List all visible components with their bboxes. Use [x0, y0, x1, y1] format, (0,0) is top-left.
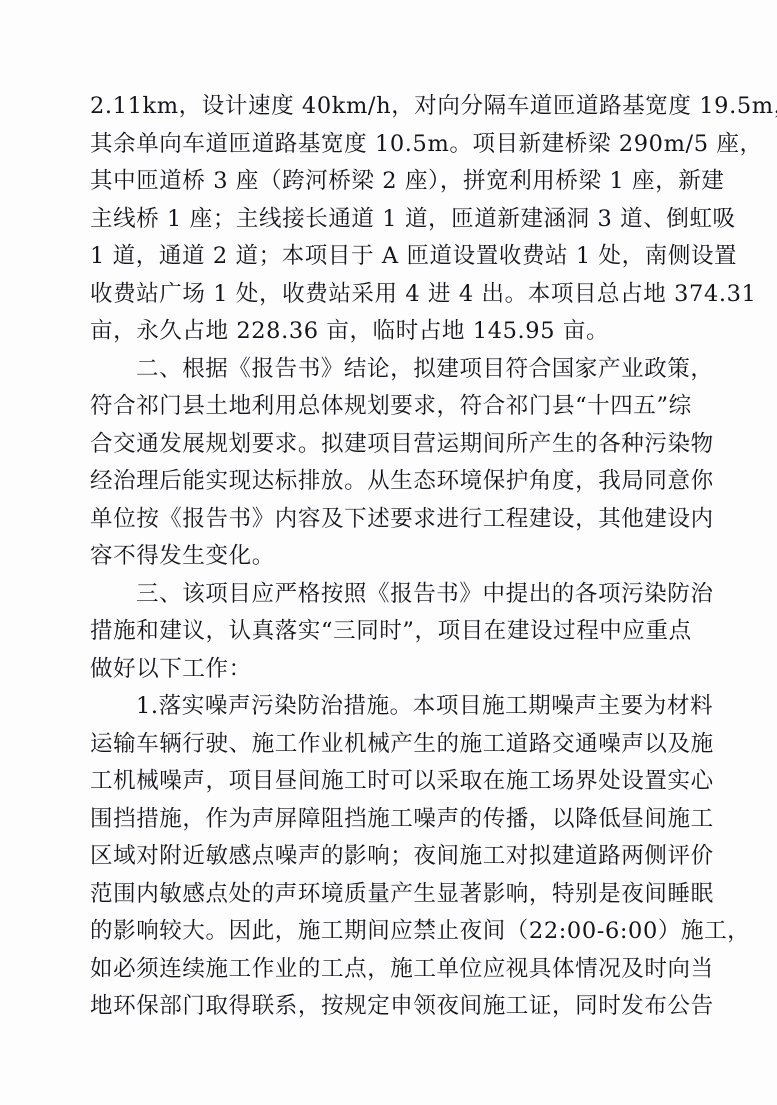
text-line: 如必须连续施工作业的工点，施工单位应视具体情况及时向当 — [90, 951, 690, 989]
text-line: 工机械噪声，项目昼间施工时可以采取在施工场界处设置实心 — [90, 763, 690, 801]
paragraph-project-overview: 2.11km，设计速度 40km/h，对向分隔车道匝道路基宽度 19.5m， 其… — [90, 88, 690, 351]
list-item-heading-line: 1.落实噪声污染防治措施。本项目施工期噪声主要为材料 — [90, 688, 690, 726]
text-line: 符合祁门县土地利用总体规划要求，符合祁门县“十四五”综 — [90, 388, 690, 426]
text-line: 的影响较大。因此，施工期间应禁止夜间（22:00-6:00）施工， — [90, 913, 690, 951]
text-line: 围挡措施，作为声屏障阻挡施工噪声的传播，以降低昼间施工 — [90, 801, 690, 839]
paragraph-section-3: 三、该项目应严格按照《报告书》中提出的各项污染防治 措施和建议，认真落实“三同时… — [90, 576, 690, 689]
text-line: 亩，永久占地 228.36 亩，临时占地 145.95 亩。 — [90, 313, 690, 351]
paragraph-item-1-noise: 1.落实噪声污染防治措施。本项目施工期噪声主要为材料 运输车辆行驶、施工作业机械… — [90, 688, 690, 1026]
text-line: 经治理后能实现达标排放。从生态环境保护角度，我局同意你 — [90, 463, 690, 501]
text-line: 合交通发展规划要求。拟建项目营运期间所产生的各种污染物 — [90, 426, 690, 464]
text-line: 地环保部门取得联系，按规定申领夜间施工证，同时发布公告 — [90, 988, 690, 1026]
text-line: 做好以下工作： — [90, 651, 690, 689]
section-heading-line: 三、该项目应严格按照《报告书》中提出的各项污染防治 — [90, 576, 690, 614]
text-line: 收费站广场 1 处，收费站采用 4 进 4 出。本项目总占地 374.31 — [90, 276, 690, 314]
text-line: 其中匝道桥 3 座（跨河桥梁 2 座），拼宽利用桥梁 1 座，新建 — [90, 163, 690, 201]
text-line: 容不得发生变化。 — [90, 538, 690, 576]
text-line: 措施和建议，认真落实“三同时”，项目在建设过程中应重点 — [90, 613, 690, 651]
section-heading-line: 二、根据《报告书》结论，拟建项目符合国家产业政策， — [90, 351, 690, 389]
text-line: 范围内敏感点处的声环境质量产生显著影响，特别是夜间睡眠 — [90, 876, 690, 914]
document-page: 2.11km，设计速度 40km/h，对向分隔车道匝道路基宽度 19.5m， 其… — [0, 0, 777, 1105]
text-line: 1 道，通道 2 道；本项目于 A 匝道设置收费站 1 处，南侧设置 — [90, 238, 690, 276]
text-line: 其余单向车道匝道路基宽度 10.5m。项目新建桥梁 290m/5 座， — [90, 126, 690, 164]
text-line: 单位按《报告书》内容及下述要求进行工程建设，其他建设内 — [90, 501, 690, 539]
text-line: 区域对附近敏感点噪声的影响；夜间施工对拟建道路两侧评价 — [90, 838, 690, 876]
text-line: 运输车辆行驶、施工作业机械产生的施工道路交通噪声以及施 — [90, 726, 690, 764]
text-line: 2.11km，设计速度 40km/h，对向分隔车道匝道路基宽度 19.5m， — [90, 88, 690, 126]
text-line: 主线桥 1 座；主线接长通道 1 道，匝道新建涵洞 3 道、倒虹吸 — [90, 201, 690, 239]
document-body: 2.11km，设计速度 40km/h，对向分隔车道匝道路基宽度 19.5m， 其… — [90, 88, 690, 1026]
paragraph-section-2: 二、根据《报告书》结论，拟建项目符合国家产业政策， 符合祁门县土地利用总体规划要… — [90, 351, 690, 576]
